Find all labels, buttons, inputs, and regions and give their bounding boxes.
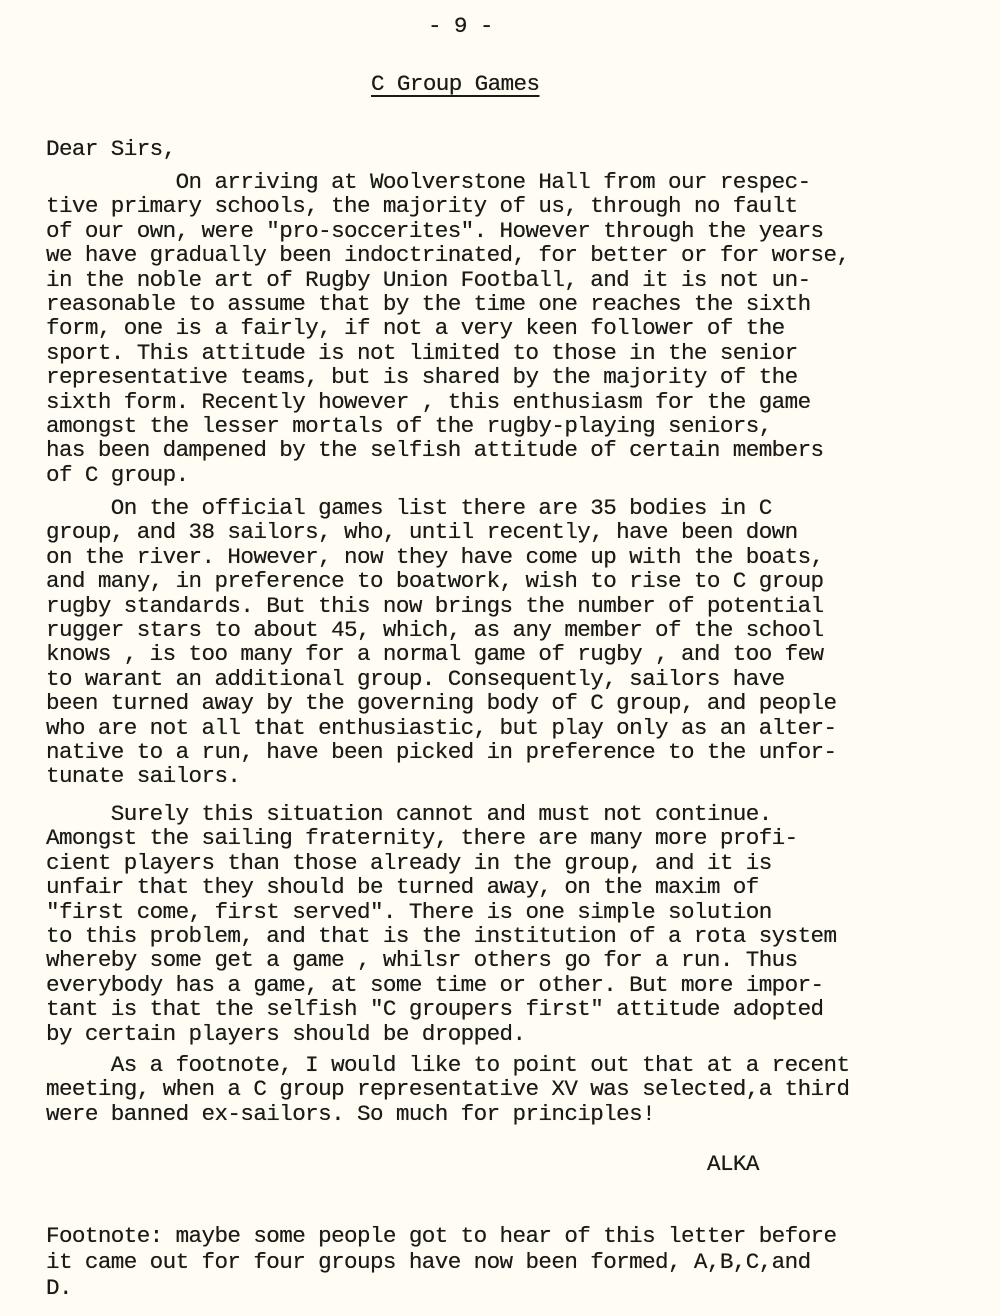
text-line: of our own, were "pro-soccerites". Howev…	[46, 219, 824, 243]
text-line: Amongst the sailing fraternity, there ar…	[46, 826, 798, 850]
text-line: to warant an additional group. Consequen…	[46, 667, 785, 691]
footnote-line: it came out for four groups have now bee…	[46, 1250, 811, 1274]
footnote-line: D.	[46, 1276, 72, 1300]
text-line: meeting, when a C group representative X…	[46, 1077, 849, 1101]
text-line: knows , is too many for a normal game of…	[46, 642, 824, 666]
text-line: "first come, first served". There is one…	[46, 900, 772, 924]
text-line: by certain players should be dropped.	[46, 1022, 525, 1046]
text-line: and many, in preference to boatwork, wis…	[46, 569, 824, 593]
text-line: has been dampened by the selfish attitud…	[46, 438, 824, 462]
text-line: whereby some get a game , whilsr others …	[46, 948, 798, 972]
text-line: rugger stars to about 45, which, as any …	[46, 618, 824, 642]
text-line: we have gradually been indoctrinated, fo…	[46, 243, 849, 267]
text-line: form, one is a fairly, if not a very kee…	[46, 316, 785, 340]
text-line: On the official games list there are 35 …	[46, 496, 772, 520]
text-line: sixth form. Recently however , this enth…	[46, 390, 811, 414]
text-line: sport. This attitude is not limited to t…	[46, 341, 798, 365]
text-line: native to a run, have been picked in pre…	[46, 740, 836, 764]
footnote-line: Footnote: maybe some people got to hear …	[46, 1224, 836, 1248]
text-line: cient players than those already in the …	[46, 851, 772, 875]
text-line: reasonable to assume that by the time on…	[46, 292, 811, 316]
page-number: - 9 -	[428, 14, 493, 38]
text-line: were banned ex-sailors. So much for prin…	[46, 1102, 655, 1126]
text-line: who are not all that enthusiastic, but p…	[46, 716, 836, 740]
text-line: representative teams, but is shared by t…	[46, 365, 798, 389]
typed-page: - 9 - C Group Games Dear Sirs, On arrivi…	[0, 0, 1000, 1316]
text-line: On arriving at Woolverstone Hall from ou…	[46, 170, 811, 194]
text-line: tunate sailors.	[46, 764, 240, 788]
salutation: Dear Sirs,	[46, 137, 176, 161]
text-line: everybody has a game, at some time or ot…	[46, 973, 824, 997]
text-line: in the noble art of Rugby Union Football…	[46, 268, 811, 292]
signature: ALKA	[707, 1152, 759, 1176]
text-line: group, and 38 sailors, who, until recent…	[46, 520, 798, 544]
page-title: C Group Games	[371, 72, 539, 96]
text-line: amongst the lesser mortals of the rugby-…	[46, 414, 772, 438]
text-line: As a footnote, I would like to point out…	[46, 1053, 849, 1077]
text-line: tive primary schools, the majority of us…	[46, 194, 798, 218]
text-line: Surely this situation cannot and must no…	[46, 802, 772, 826]
text-line: of C group.	[46, 463, 189, 487]
text-line: tant is that the selfish "C groupers fir…	[46, 997, 824, 1021]
text-line: unfair that they should be turned away, …	[46, 875, 759, 899]
text-line: been turned away by the governing body o…	[46, 691, 836, 715]
text-line: on the river. However, now they have com…	[46, 545, 824, 569]
text-line: rugby standards. But this now brings the…	[46, 594, 824, 618]
text-line: to this problem, and that is the institu…	[46, 924, 836, 948]
